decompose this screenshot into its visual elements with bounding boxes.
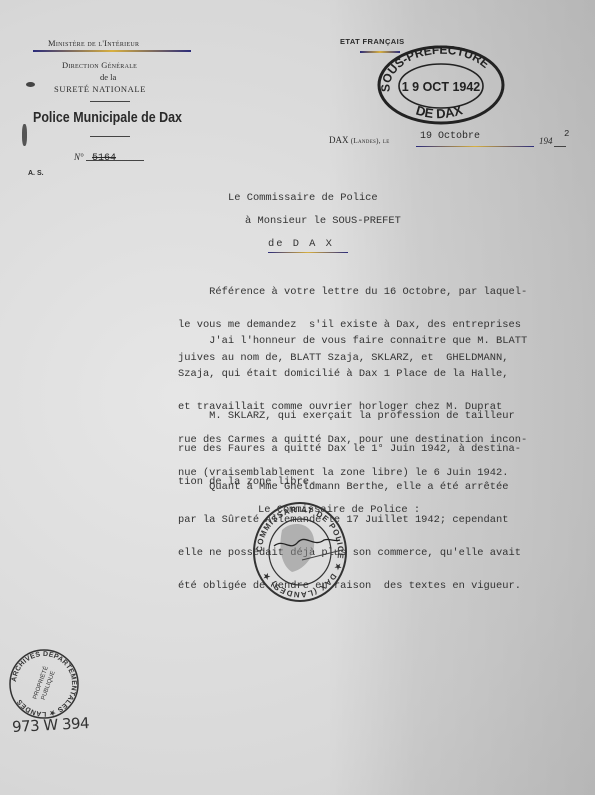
- svg-text:1 9 OCT 1942: 1 9 OCT 1942: [402, 80, 481, 94]
- place-region: (Landes), le: [351, 137, 390, 145]
- ministry-heading: Ministère de l'Intérieur: [48, 38, 139, 48]
- ink-blot: [22, 124, 27, 146]
- date-underline: [416, 146, 534, 147]
- number-underline: [86, 160, 144, 161]
- office-title: Police Municipale de Dax: [33, 110, 182, 126]
- svg-text:DE DAX: DE DAX: [414, 102, 464, 121]
- archives-stamp: ARCHIVES DÉPARTEMENTALES ★ LANDES PROPRI…: [8, 648, 80, 720]
- recipient-city: de D A X: [268, 239, 334, 250]
- number-label: N°: [74, 152, 84, 162]
- recipient: à Monsieur le SOUS-PREFET: [245, 216, 401, 227]
- divider: [90, 136, 130, 137]
- year-prefix: 194: [539, 136, 553, 146]
- place-city: DAX: [329, 135, 349, 145]
- sender: Le Commissaire de Police: [228, 193, 378, 204]
- direction-heading: Direction Générale: [62, 60, 137, 70]
- year-suffix: 2: [564, 129, 569, 139]
- letter-date: 19 Octobre: [420, 131, 480, 142]
- ink-blot: [26, 82, 35, 87]
- de-la-text: de la: [100, 72, 116, 82]
- year-underline: [554, 146, 566, 147]
- document-page: Ministère de l'Intérieur Direction Génér…: [0, 0, 595, 795]
- archive-reference: 973 W 394: [12, 714, 90, 736]
- divider: [90, 101, 130, 102]
- divider: [33, 50, 191, 52]
- place-label: DAX (Landes), le: [329, 135, 390, 145]
- commissariat-stamp: COMMISSARIAT DE POLICE ★ DAX (LANDES) ★: [252, 500, 348, 604]
- reference-number: 5164: [92, 153, 116, 164]
- paragraph-gheldmann: Quant à Mme Gheldmann Berthe, elle a été…: [178, 460, 595, 614]
- sous-prefecture-stamp: SOUS-PREFECTURE 1 9 OCT 1942 DE DAX: [376, 44, 506, 126]
- city-underline: [268, 252, 348, 253]
- surete-heading: SURETÉ NATIONALE: [54, 84, 146, 94]
- initials: A. S.: [28, 170, 44, 177]
